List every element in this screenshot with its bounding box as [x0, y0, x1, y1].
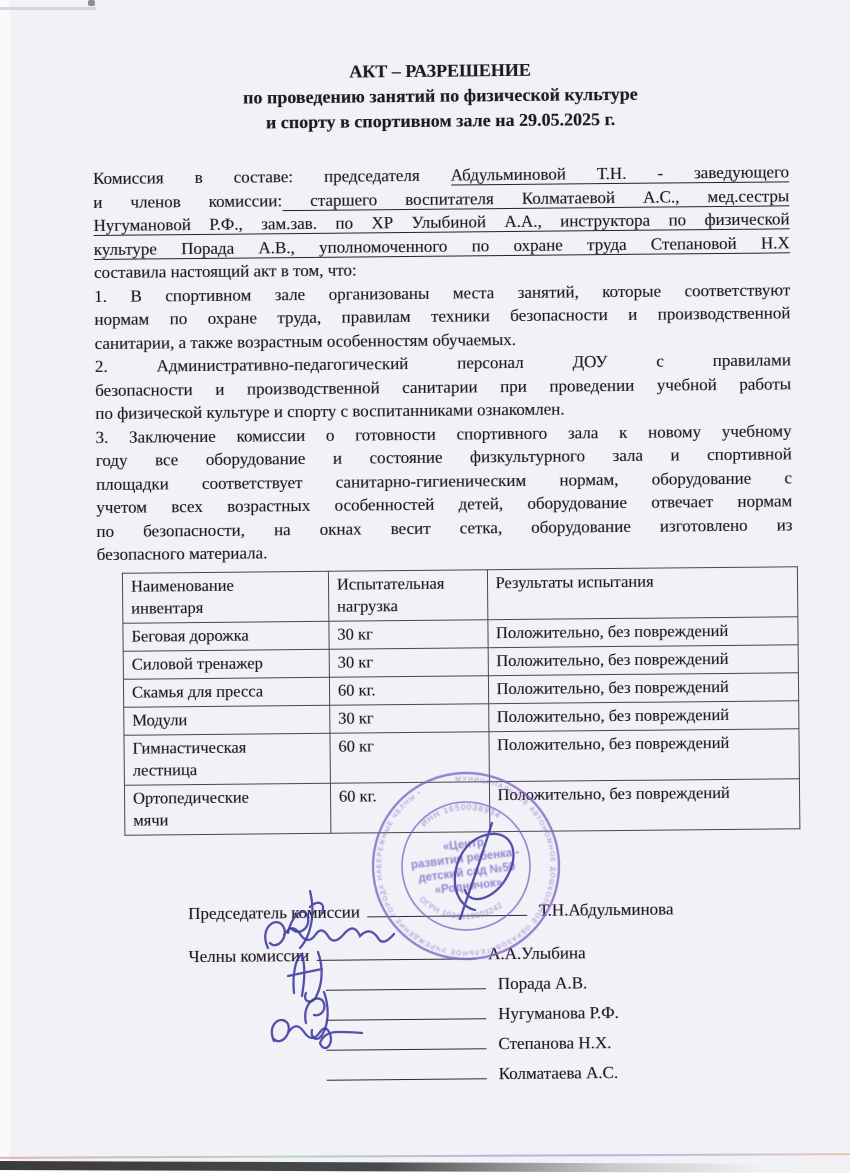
table-cell: Гимнастическая лестница	[124, 733, 330, 785]
numbered-paragraphs: 1. В спортивном зале организованы места …	[94, 278, 793, 567]
paper-bottom-edge	[0, 1153, 850, 1159]
scan-edge-left	[0, 0, 10, 1170]
table-header-cell-1: Наименование инвентаря	[122, 571, 328, 623]
table-cell: Положительно, без повреждений	[488, 672, 799, 703]
table-cell: Положительно, без повреждений	[487, 616, 798, 647]
signature-squiggle-3	[265, 922, 394, 948]
table-header-cell-3: Результаты испытания	[487, 566, 798, 619]
paragraph-2: 2. Административно-педагогический персон…	[95, 348, 792, 425]
table-cell: Скамья для пресса	[123, 677, 329, 707]
equipment-table-head: Наименование инвентаряИспытательная нагр…	[122, 566, 797, 622]
scanner-bed-strip	[0, 1161, 850, 1170]
table-cell: Модули	[124, 705, 330, 735]
title-line-3: и спорту в спортивном зале на 29.05.2025…	[92, 105, 788, 137]
paragraph-3: 3. Заключение комиссии о готовности спор…	[95, 419, 792, 567]
document-title: АКТ – РАЗРЕШЕНИЕпо проведению занятий по…	[92, 55, 789, 137]
table-cell: 30 кг	[329, 619, 488, 649]
commission-segment: составила настоящий акт в том, что:	[94, 260, 357, 282]
scan-edge-top	[0, 7, 96, 10]
commission-segment: Абдульминовой Т.Н. - заведующего	[451, 162, 790, 185]
table-header-cell-2: Испытательная нагрузка	[328, 569, 487, 621]
signature-squiggle-4	[288, 952, 322, 1002]
scanned-page: АКТ – РАЗРЕШЕНИЕпо проведению занятий по…	[0, 0, 850, 1170]
commission-segment: старшего воспитателя Колматаевой А.С., м…	[282, 186, 789, 211]
signature-squiggle-5	[305, 992, 327, 1039]
handwritten-signatures	[230, 815, 630, 1075]
table-cell: Беговая дорожка	[123, 621, 329, 651]
table-cell: Положительно, без повреждений	[488, 700, 799, 731]
commission-paragraph: Комиссия в составе: председателя Абдульм…	[93, 160, 790, 284]
commission-segment: Комиссия в составе: председателя	[93, 166, 451, 188]
table-cell: 30 кг	[329, 647, 488, 677]
table-cell: Положительно, без повреждений	[488, 644, 799, 675]
scan-speck	[88, 0, 95, 6]
table-cell: 30 кг	[330, 703, 489, 733]
table-cell: Силовой тренажер	[123, 649, 329, 679]
signature-squiggle-6	[272, 1020, 362, 1048]
commission-segment: и членов комиссии:	[93, 191, 282, 212]
signature-squiggle-1	[455, 823, 514, 919]
table-cell: 60 кг.	[329, 675, 488, 705]
paragraph-1: 1. В спортивном зале организованы места …	[94, 278, 791, 355]
table-header-row: Наименование инвентаряИспытательная нагр…	[122, 566, 797, 622]
